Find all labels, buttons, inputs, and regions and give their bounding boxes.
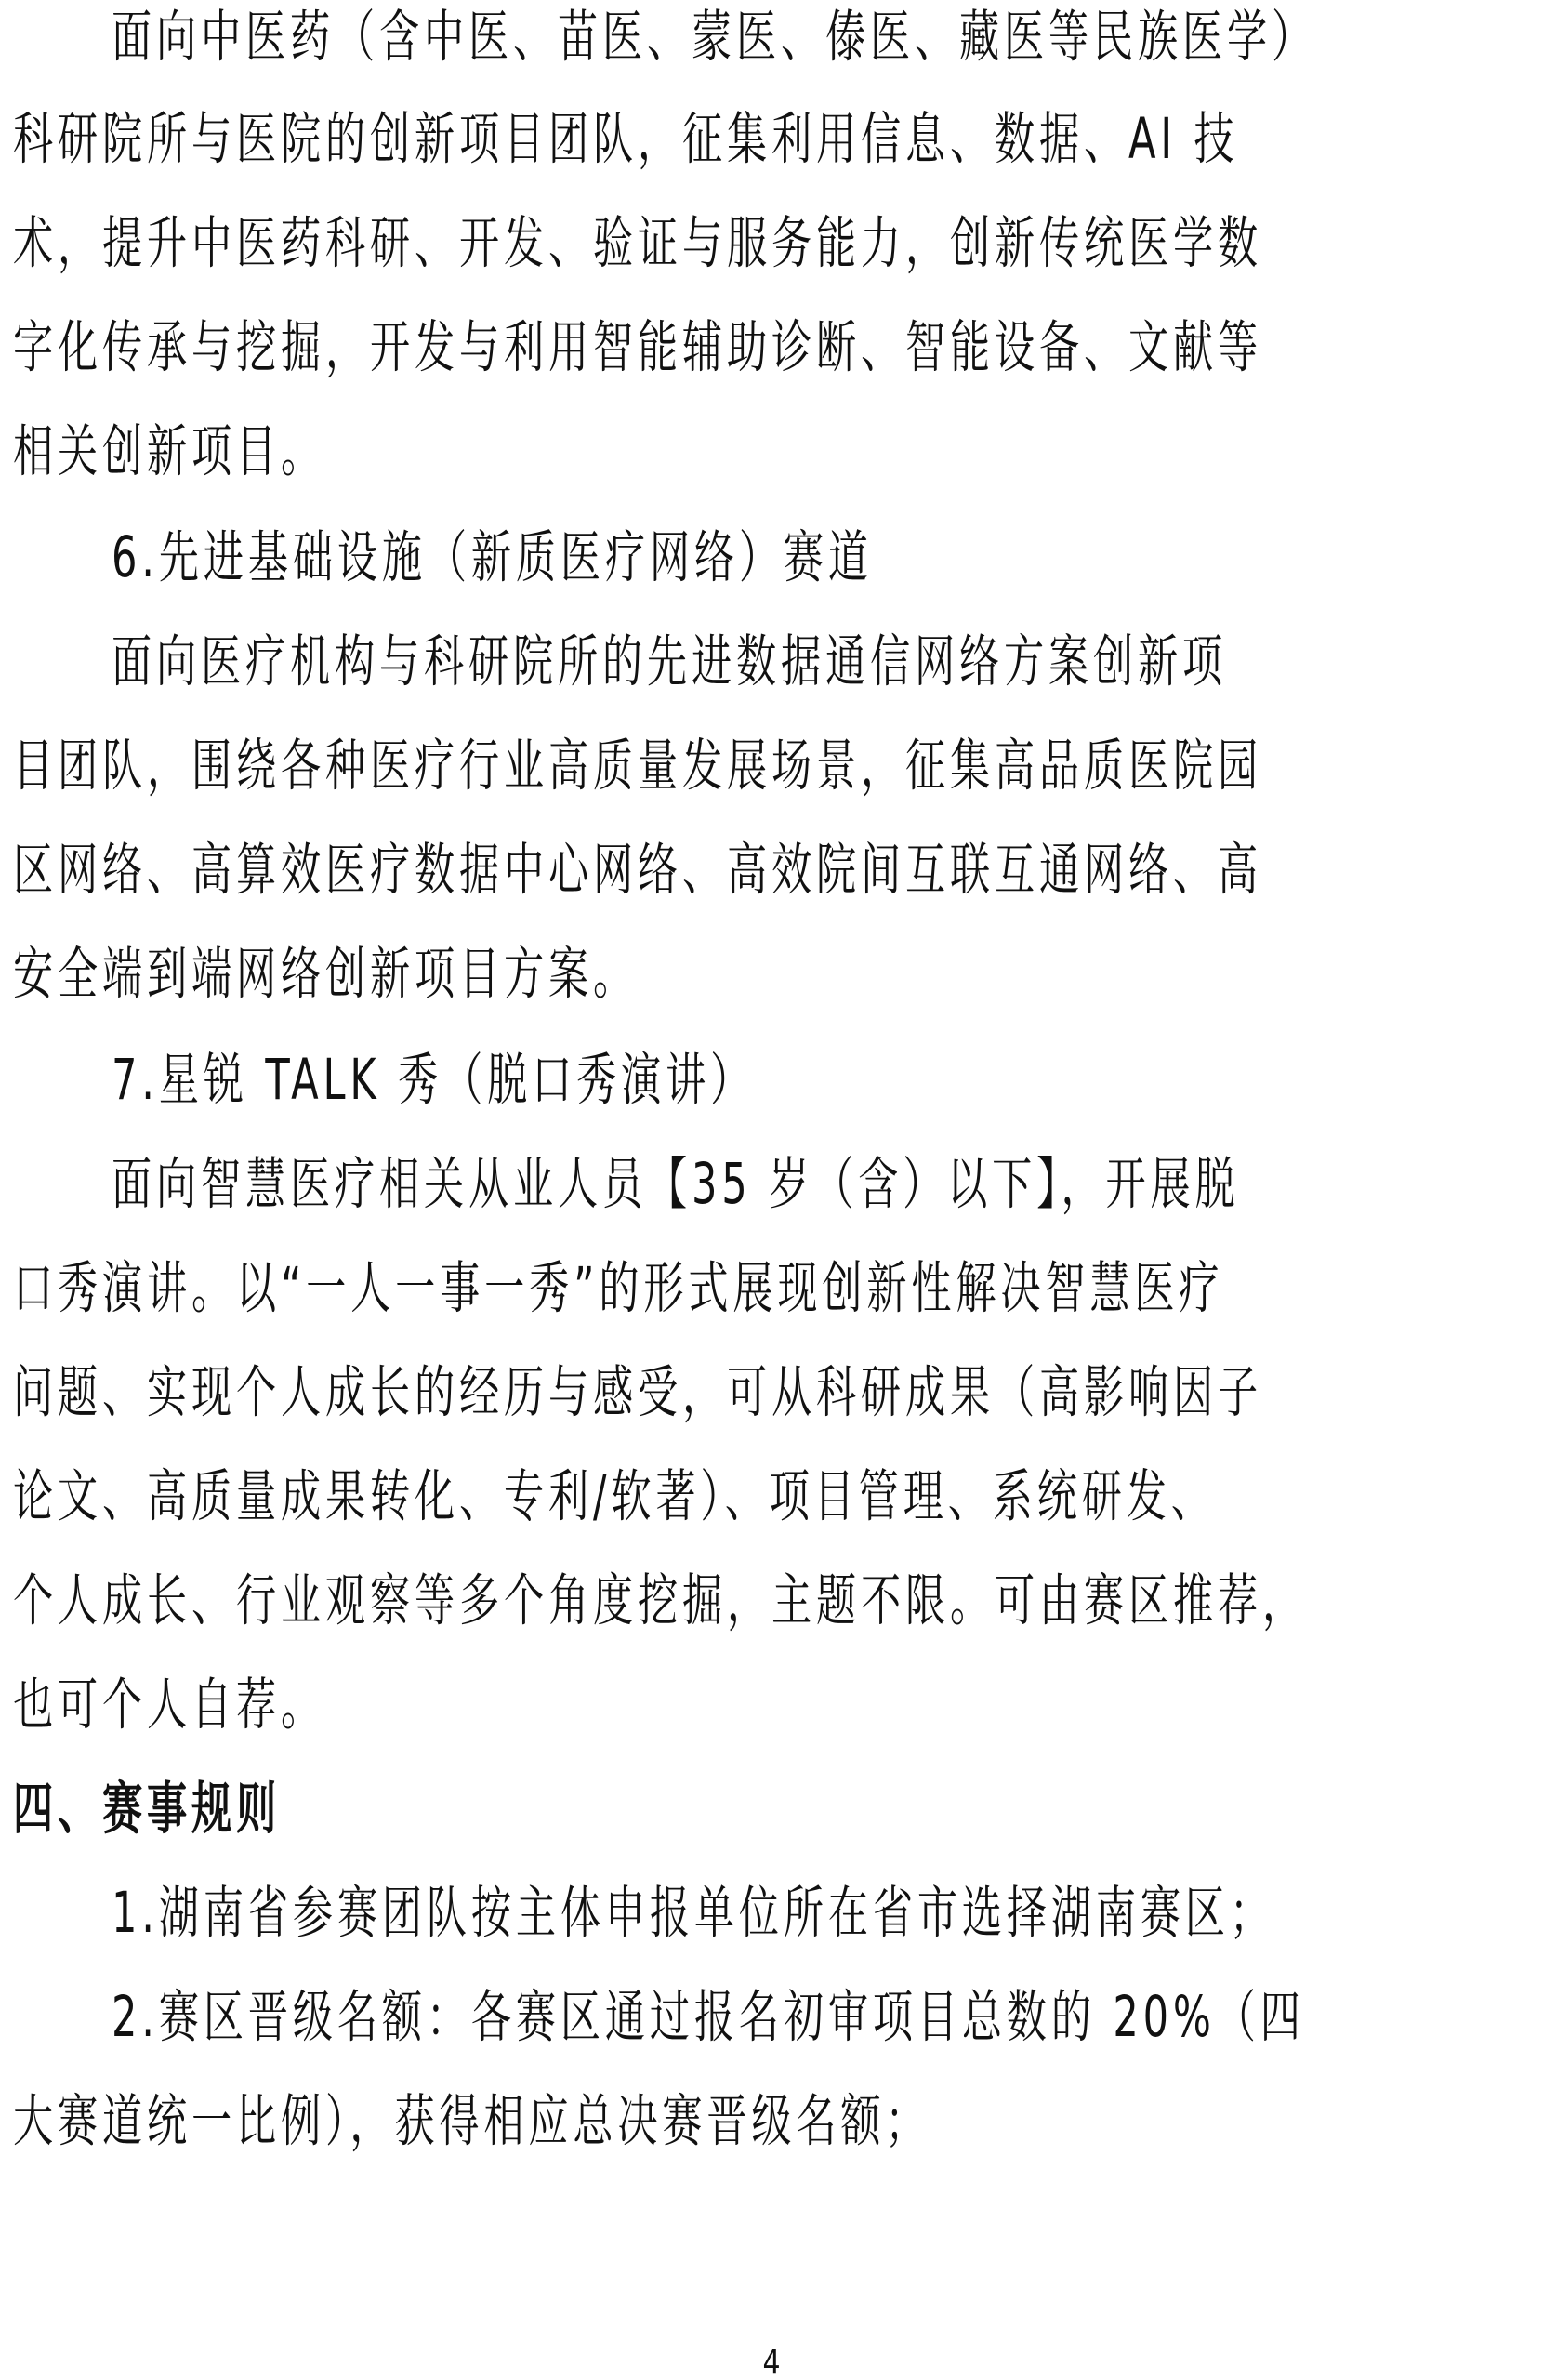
track-7-title: 7.星锐 TALK 秀（脱口秀演讲）: [112, 1038, 755, 1122]
track-7-desc-line-5: 个人成长、行业观察等多个角度挖掘，主题不限。可由赛区推荐，: [13, 1559, 1307, 1643]
track-7-desc-line-3: 问题、实现个人成长的经历与感受，可从科研成果（高影响因子: [13, 1351, 1262, 1435]
tcm-desc-line-3: 术，提升中医药科研、开发、验证与服务能力，创新传统医学数: [13, 202, 1262, 285]
rule-2-line-1: 2.赛区晋级名额：各赛区通过报名初审项目总数的 20%（四: [112, 1976, 1305, 2059]
rule-1-line-1: 1.湖南省参赛团队按主体申报单位所在省市选择湖南赛区；: [112, 1871, 1274, 1955]
track-6-desc-line-3: 区网络、高算效医疗数据中心网络、高效院间互联互通网络、高: [13, 828, 1262, 912]
tcm-desc-line-2: 科研院所与医院的创新项目团队，征集利用信息、数据、AI 技: [13, 98, 1238, 181]
track-6-desc-line-1: 面向医疗机构与科研院所的先进数据通信网络方案创新项: [112, 620, 1227, 704]
tcm-desc-line-1: 面向中医药（含中医、苗医、蒙医、傣医、藏医等民族医学）: [112, 0, 1316, 79]
track-7-desc-line-4: 论文、高质量成果转化、专利/软著）、项目管理、系统研发、: [13, 1455, 1216, 1539]
section-4-heading: 四、赛事规则: [13, 1767, 281, 1851]
tcm-desc-line-5: 相关创新项目。: [13, 410, 325, 494]
rule-2-line-2: 大赛道统一比例），获得相应总决赛晋级名额；: [13, 2080, 930, 2163]
track-6-desc-line-4: 安全端到端网络创新项目方案。: [13, 932, 638, 1016]
track-6-desc-line-2: 目团队，围绕各种医疗行业高质量发展场景，征集高品质医院园: [13, 724, 1262, 808]
tcm-desc-line-4: 字化传承与挖掘，开发与利用智能辅助诊断、智能设备、文献等: [13, 306, 1262, 390]
page-number: 4: [0, 2343, 1543, 2380]
track-7-desc-line-1: 面向智慧医疗相关从业人员【35 岁（含）以下】，开展脱: [112, 1143, 1240, 1226]
track-6-title: 6.先进基础设施（新质医疗网络）赛道: [112, 516, 873, 600]
track-7-desc-line-2: 口秀演讲。以“一人一事一秀”的形式展现创新性解决智慧医疗: [13, 1247, 1223, 1330]
document-page: 面向中医药（含中医、苗医、蒙医、傣医、藏医等民族医学） 科研院所与医院的创新项目…: [0, 0, 1543, 2380]
track-7-desc-line-6: 也可个人自荐。: [13, 1663, 325, 1747]
